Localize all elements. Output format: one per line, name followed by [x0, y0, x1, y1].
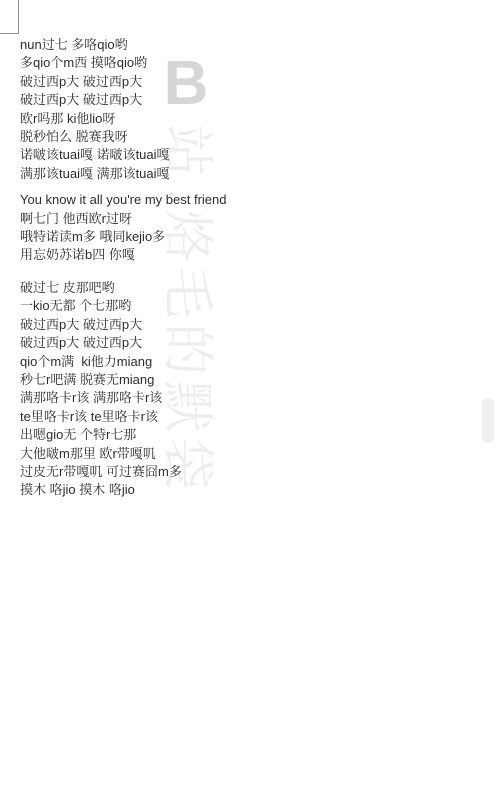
lyric-line: 破过西p大 破过西p大: [20, 334, 227, 352]
scrollbar-thumb[interactable]: [482, 398, 494, 443]
lyric-line: 摸木 咯jio 摸木 咯jio: [20, 481, 227, 499]
lyric-line: 脱秒怕么 脱赛我呀: [20, 128, 227, 146]
lyric-line: 满那咯卡r该 满那咯卡r该: [20, 389, 227, 407]
lyric-line: 破过西p大 破过西p大: [20, 316, 227, 334]
lyric-line: 诺啵该tuai嘎 诺啵该tuai嘎: [20, 146, 227, 164]
lyrics-text: nun过七 多咯qio哟多qio个m西 摸咯qio哟破过西p大 破过西p大破过西…: [20, 36, 227, 500]
lyric-line: 啊七门 他西欧r过呀: [20, 210, 227, 228]
lyric-line: qio个m满 ki他力miang: [20, 353, 227, 371]
lyrics-section-1: nun过七 多咯qio哟多qio个m西 摸咯qio哟破过西p大 破过西p大破过西…: [20, 36, 227, 183]
lyric-line: 过皮无r带嘎叽 可过赛囧m多: [20, 463, 227, 481]
lyric-line: You know it all you're my best friend: [20, 191, 227, 209]
lyric-line: 破过西p大 破过西p大: [20, 91, 227, 109]
lyric-line: 破过西p大 破过西p大: [20, 73, 227, 91]
lyrics-section-3: 破过七 皮那吧哟一kio无都 个七那哟破过西p大 破过西p大破过西p大 破过西p…: [20, 279, 227, 500]
lyric-line: nun过七 多咯qio哟: [20, 36, 227, 54]
lyric-line: 用忘奶苏诺b四 你嘎: [20, 246, 227, 264]
lyric-line: 破过七 皮那吧哟: [20, 279, 227, 297]
lyric-line: te里咯卡r该 te里咯卡r该: [20, 408, 227, 426]
lyric-line: 一kio无都 个七那哟: [20, 297, 227, 315]
lyric-line: 大他啵m那里 欧r带嘎叽: [20, 445, 227, 463]
lyric-line: 满那该tuai嘎 满那该tuai嘎: [20, 165, 227, 183]
lyric-line: 欧r吗那 ki他lio呀: [20, 110, 227, 128]
lyric-line: 多qio个m西 摸咯qio哟: [20, 54, 227, 72]
lyrics-section-2: You know it all you're my best friend啊七门…: [20, 191, 227, 265]
text-frame-corner: [0, 0, 19, 34]
lyric-line: 哦特诺读m多 哦同kejio多: [20, 228, 227, 246]
lyrics-page: B 站·烙毛的默袋 nun过七 多咯qio哟多qio个m西 摸咯qio哟破过西p…: [0, 0, 500, 797]
lyric-line: 秒七r吧满 脱赛无miang: [20, 371, 227, 389]
lyric-line: 出嗯gio无 个特r七那: [20, 426, 227, 444]
